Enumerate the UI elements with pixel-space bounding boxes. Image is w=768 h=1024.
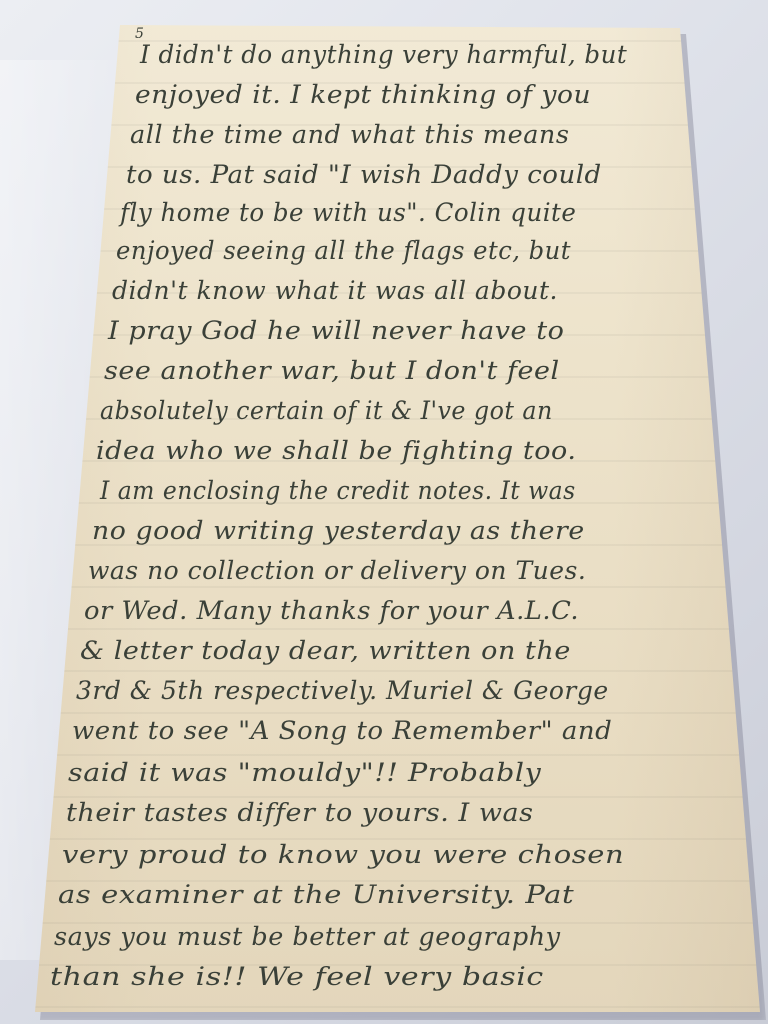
text-line: went to see "A Song to Remember" and (72, 716, 612, 745)
text-line: see another war, but I don't feel (104, 356, 560, 385)
text-line: all the time and what this means (130, 120, 569, 149)
text-line: was no collection or delivery on Tues. (88, 556, 586, 585)
text-line: I pray God he will never have to (108, 316, 564, 345)
text-line: than she is!! We feel very basic (50, 962, 544, 991)
text-line: says you must be better at geography (54, 922, 561, 951)
text-line: to us. Pat said "I wish Daddy could (126, 160, 602, 189)
text-line: absolutely certain of it & I've got an (100, 396, 553, 425)
text-line: enjoyed seeing all the flags etc, but (116, 236, 571, 265)
text-line: I didn't do anything very harmful, but (140, 40, 627, 69)
text-line: their tastes differ to yours. I was (66, 798, 534, 827)
text-line: idea who we shall be fighting too. (96, 436, 576, 465)
text-line: enjoyed it. I kept thinking of you (135, 80, 591, 109)
text-line: didn't know what it was all about. (112, 276, 558, 305)
text-line: & letter today dear, written on the (80, 636, 571, 665)
text-line: 3rd & 5th respectively. Muriel & George (76, 676, 609, 705)
text-line: as examiner at the University. Pat (58, 880, 574, 909)
text-line: very proud to know you were chosen (62, 840, 624, 869)
text-line: fly home to be with us". Colin quite (120, 198, 576, 227)
text-line: or Wed. Many thanks for your A.L.C. (84, 596, 579, 625)
text-line: said it was "mouldy"!! Probably (68, 758, 541, 787)
handwritten-text: 5 I didn't do anything very harmful, but… (0, 0, 768, 1024)
text-line: I am enclosing the credit notes. It was (100, 476, 576, 505)
text-line: no good writing yesterday as there (92, 516, 585, 545)
